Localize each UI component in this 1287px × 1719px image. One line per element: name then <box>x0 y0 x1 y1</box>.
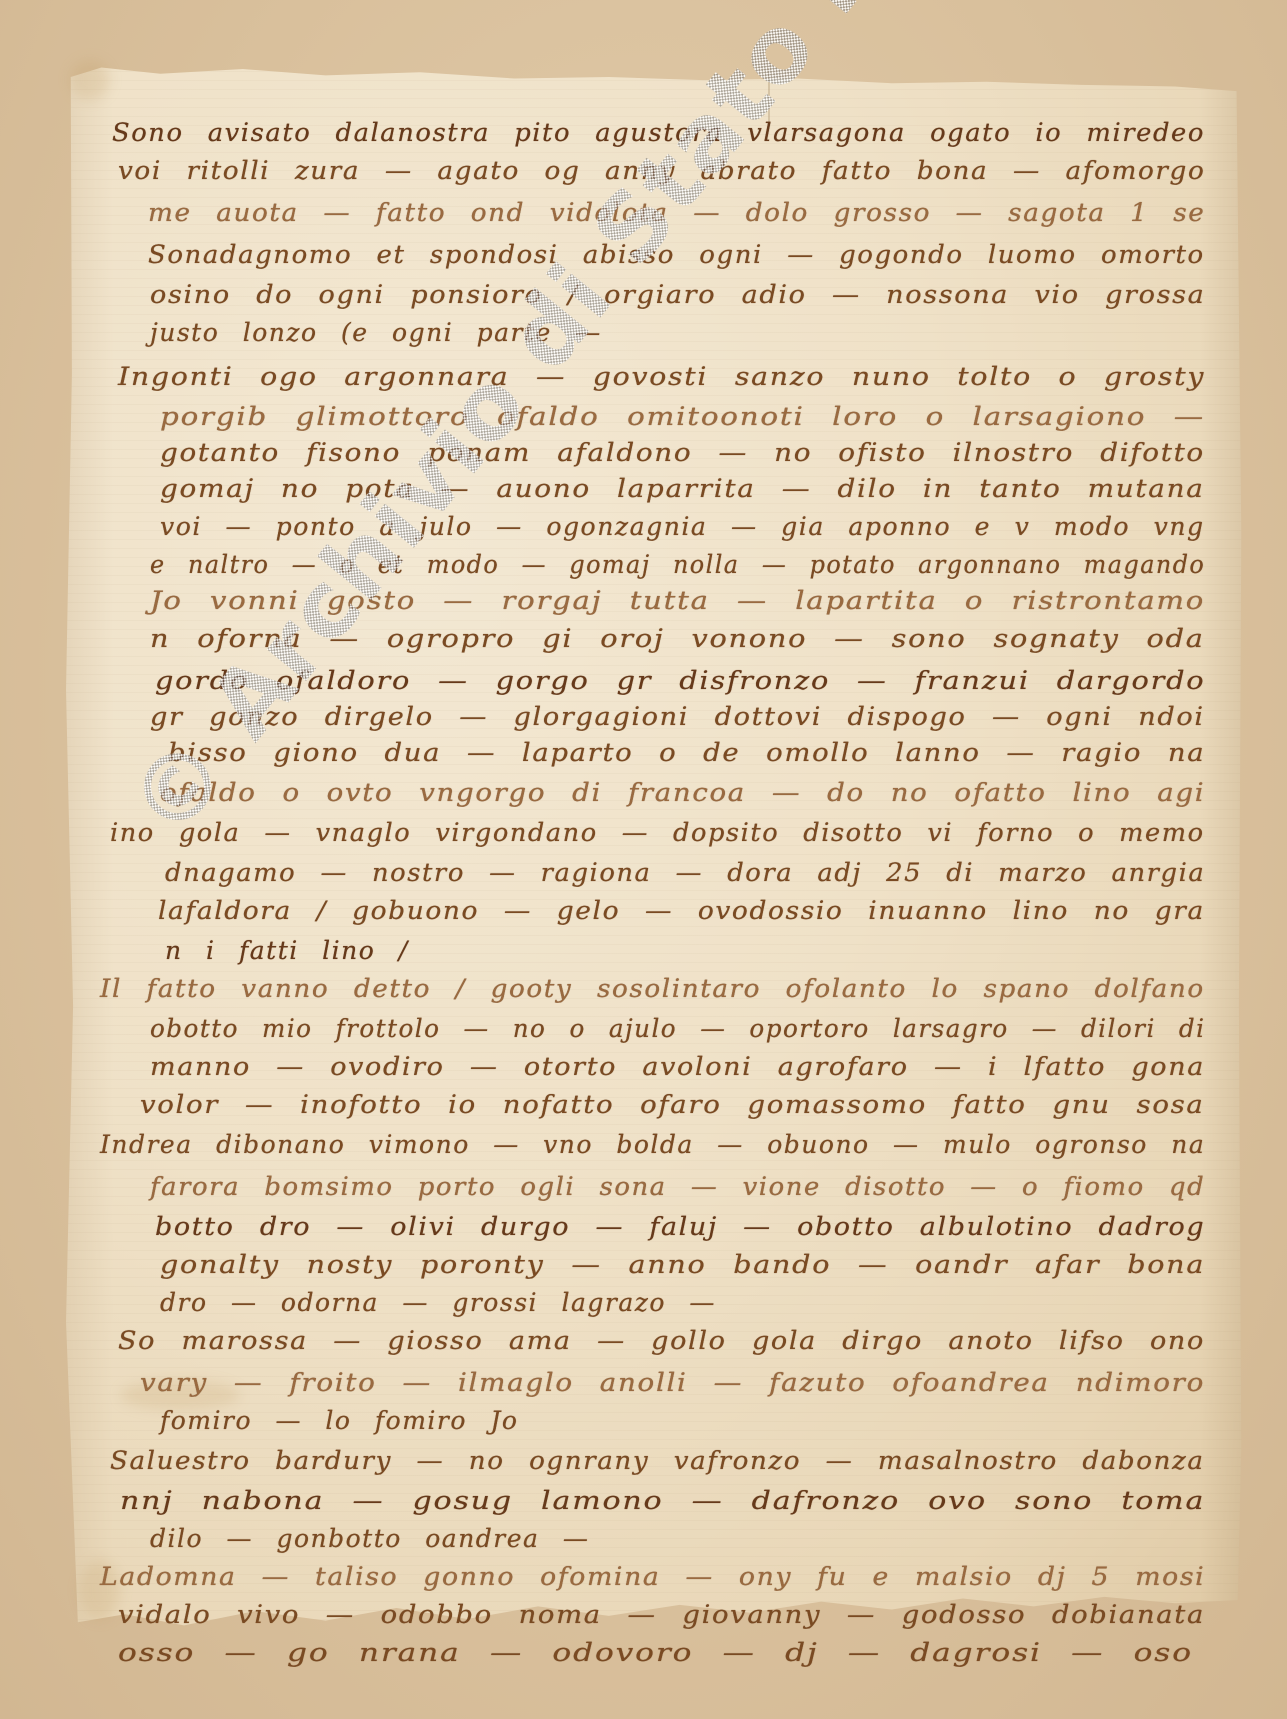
manuscript-text-block: Sono avisato dalanostra pito agustora vl… <box>0 0 1287 1719</box>
manuscript-line: voi — ponto a julo — ogonzagnia — gia ap… <box>160 512 1205 541</box>
manuscript-line: volor — inofotto io nofatto ofaro gomass… <box>140 1090 1205 1119</box>
manuscript-line: botto dro — olivi durgo — faluj — obotto… <box>155 1212 1205 1241</box>
manuscript-line: voi ritolli zura — agato og anny abrato … <box>118 156 1205 185</box>
manuscript-line: osino do ogni ponsioro / orgiaro adio — … <box>150 280 1205 309</box>
manuscript-line: bisso giono dua — laparto o de omollo la… <box>168 738 1205 767</box>
manuscript-line: manno — ovodiro — otorto avoloni agrofar… <box>150 1052 1205 1081</box>
manuscript-line: Ladomna — taliso gonno ofomina — ony fu … <box>100 1562 1205 1591</box>
manuscript-line: osso — go nrana — odovoro — dj — dagrosi… <box>118 1638 1193 1667</box>
manuscript-line: gotanto fisono ponam afaldono — no ofist… <box>160 438 1205 467</box>
manuscript-line: e naltro — o et modo — gomaj nolla — pot… <box>150 550 1205 579</box>
manuscript-line: obotto mio frottolo — no o ajulo — oport… <box>150 1014 1205 1043</box>
manuscript-line: Indrea dibonano vimono — vno bolda — obu… <box>100 1130 1205 1159</box>
manuscript-line: farora bomsimo porto ogli sona — vione d… <box>150 1172 1205 1201</box>
manuscript-line: vary — froito — ilmaglo anolli — fazuto … <box>140 1368 1205 1397</box>
manuscript-line: lafaldora / gobuono — gelo — ovodossio i… <box>158 896 1205 925</box>
manuscript-line: ofaldo o ovto vngorgo di francoa — do no… <box>160 778 1205 807</box>
manuscript-line: Il fatto vanno detto / gooty sosolintaro… <box>100 974 1205 1003</box>
manuscript-line: dilo — gonbotto oandrea — <box>150 1524 589 1553</box>
manuscript-line: gordo ofaldoro — gorgo gr disfronzo — fr… <box>155 666 1205 695</box>
manuscript-line: nnj nabona — gosug lamono — dafronzo ovo… <box>120 1486 1205 1515</box>
manuscript-line: Jo vonni gosto — rorgaj tutta — lapartit… <box>150 586 1205 615</box>
manuscript-line: me auota — fatto ond vidolota — dolo gro… <box>148 198 1205 227</box>
manuscript-line: Sono avisato dalanostra pito agustora vl… <box>112 118 1205 147</box>
manuscript-line: gonalty nosty poronty — anno bando — oan… <box>160 1250 1205 1279</box>
manuscript-line: Saluestro bardury — no ognrany vafronzo … <box>110 1446 1205 1475</box>
manuscript-line: gomaj no pota — auono laparrita — dilo i… <box>160 474 1205 503</box>
manuscript-line: porgib glimottoro ofaldo omitoonoti loro… <box>160 402 1205 431</box>
manuscript-line: fomiro — lo fomiro Jo <box>160 1406 518 1435</box>
manuscript-line: vidalo vivo — odobbo noma — giovanny — g… <box>118 1600 1205 1629</box>
manuscript-line: n oforna — ogropro gi oroj vonono — sono… <box>150 624 1205 653</box>
manuscript-line: dnagamo — nostro — ragiona — dora adj 25… <box>165 858 1205 887</box>
manuscript-line: ino gola — vnaglo virgondano — dopsito d… <box>110 818 1205 847</box>
manuscript-line: dro — odorna — grossi lagrazo — <box>160 1288 716 1317</box>
manuscript-line: gr gonzo dirgelo — glorgagioni dottovi d… <box>150 702 1205 731</box>
manuscript-line: Ingonti ogo argonnara — govosti sanzo nu… <box>118 362 1205 391</box>
manuscript-line: So marossa — giosso ama — gollo gola dir… <box>118 1326 1205 1355</box>
manuscript-line: Sonadagnomo et spondosi abisso ogni — go… <box>148 240 1205 269</box>
manuscript-line: n i fatti lino / <box>165 936 409 965</box>
manuscript-line: justo lonzo (e ogni parte — <box>150 318 602 347</box>
